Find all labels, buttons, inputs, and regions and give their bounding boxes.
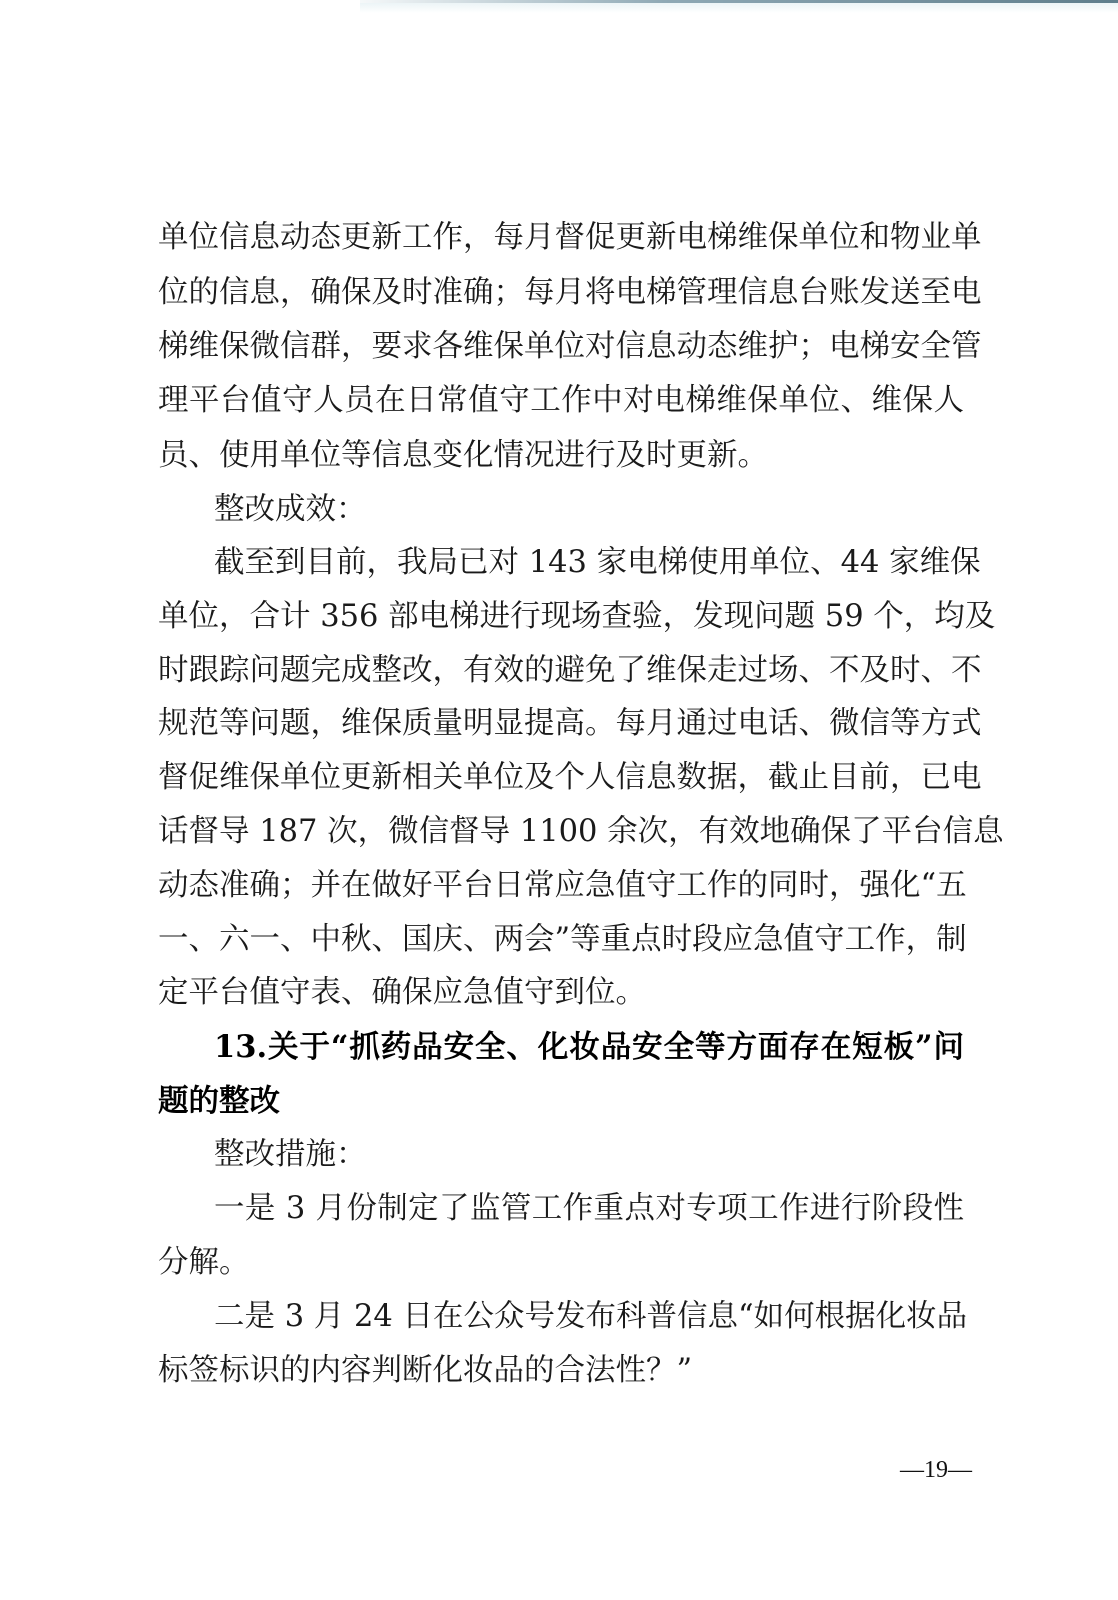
section-heading-13: 13.关于“抓药品安全、化妆品安全等方面存在短板”问	[214, 1027, 964, 1067]
text-line: 标签标识的内容判断化妆品的合法性？”	[158, 1351, 964, 1391]
section-label-measures: 整改措施：	[214, 1135, 964, 1175]
text-line: 督促维保单位更新相关单位及个人信息数据，截止目前，已电	[158, 758, 964, 798]
text-line: 单位，合计 356 部电梯进行现场查验，发现问题 59 个，均及	[158, 597, 964, 637]
section-label-results: 整改成效：	[214, 490, 964, 530]
text-line: 分解。	[158, 1243, 964, 1283]
text-line: 位的信息，确保及时准确；每月将电梯管理信息台账发送至电	[158, 273, 964, 313]
page-number: —19—	[900, 1455, 960, 1485]
scan-shade-artifact	[360, 3, 1118, 13]
text-line: 二是 3 月 24 日在公众号发布科普信息“如何根据化妆品	[214, 1297, 964, 1337]
text-line: 员、使用单位等信息变化情况进行及时更新。	[158, 436, 964, 476]
section-heading-13-cont: 题的整改	[158, 1081, 964, 1121]
text-line: 截至到目前，我局已对 143 家电梯使用单位、44 家维保	[214, 543, 964, 583]
text-line: 一、六一、中秋、国庆、两会”等重点时段应急值守工作，制	[158, 920, 964, 960]
text-line: 定平台值守表、确保应急值守到位。	[158, 973, 964, 1013]
text-line: 规范等问题，维保质量明显提高。每月通过电话、微信等方式	[158, 704, 964, 744]
text-line: 梯维保微信群，要求各维保单位对信息动态维护；电梯安全管	[158, 327, 964, 367]
text-line: 话督导 187 次，微信督导 1100 余次，有效地确保了平台信息	[158, 812, 964, 852]
text-line: 动态准确；并在做好平台日常应急值守工作的同时，强化“五	[158, 866, 964, 906]
text-line: 理平台值守人员在日常值守工作中对电梯维保单位、维保人	[158, 381, 964, 421]
text-line: 一是 3 月份制定了监管工作重点对专项工作进行阶段性	[214, 1189, 964, 1229]
text-line: 单位信息动态更新工作，每月督促更新电梯维保单位和物业单	[158, 218, 964, 258]
text-line: 时跟踪问题完成整改，有效的避免了维保走过场、不及时、不	[158, 651, 964, 691]
